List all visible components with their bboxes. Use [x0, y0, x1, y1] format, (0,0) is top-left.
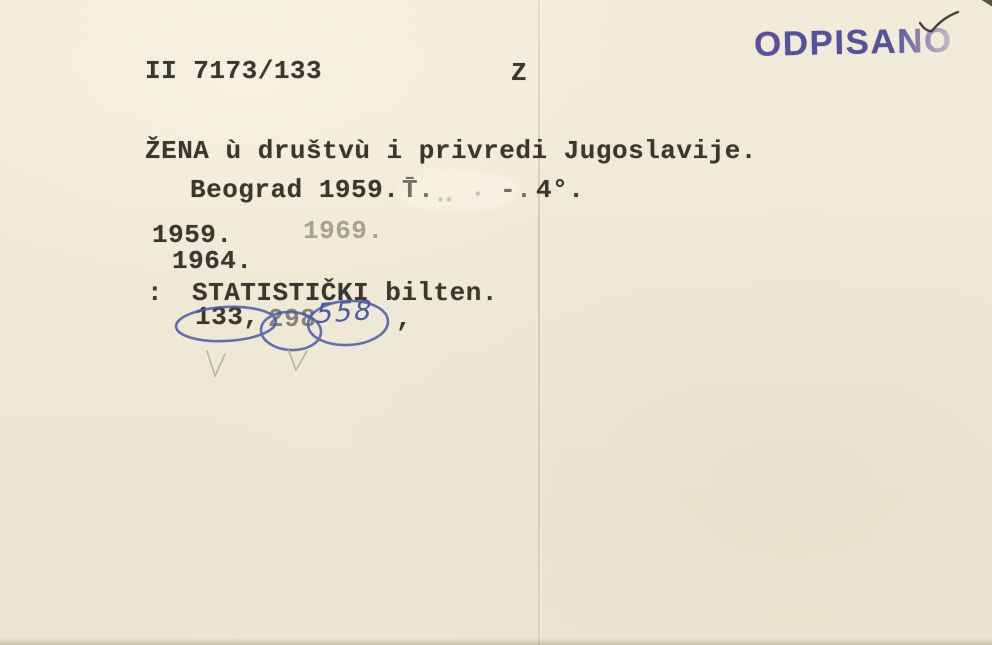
title-heading: ŽENA ù društvù i privredi Jugoslavije.: [145, 138, 757, 164]
imprint-erased-remnant: T̄.: [402, 177, 434, 203]
holdings-year-1959: 1959.: [152, 222, 233, 248]
odpisano-stamp: ODPISANO: [754, 23, 953, 61]
pencil-tick-1: [207, 351, 225, 376]
holdings-year-1969-faded: 1969.: [303, 218, 384, 244]
holdings-year-1964: 1964.: [172, 248, 253, 274]
call-number: II 7173/133: [145, 58, 322, 84]
card-crease-line: [538, 0, 540, 645]
issue-number-558-handwritten: 558: [316, 297, 374, 328]
imprint-erased-ghost: ‥ ·: [436, 181, 486, 207]
catalog-card: II 7173/133 Z ODPISANO ŽENA ù društvù i …: [0, 0, 992, 645]
imprint-place-date: Beograd 1959.: [190, 177, 399, 203]
imprint-format: 4°.: [536, 177, 584, 203]
issue-number-133: 133,: [195, 304, 259, 330]
issue-number-298: 298: [268, 306, 316, 332]
section-letter: Z: [511, 60, 527, 86]
issue-numbers-trailing-comma: ,: [396, 306, 412, 332]
scan-corner-mark: [980, 0, 992, 8]
imprint-erased-tail: -.: [500, 177, 532, 203]
pencil-tick-2: [288, 349, 307, 370]
series-colon: :: [147, 280, 163, 306]
